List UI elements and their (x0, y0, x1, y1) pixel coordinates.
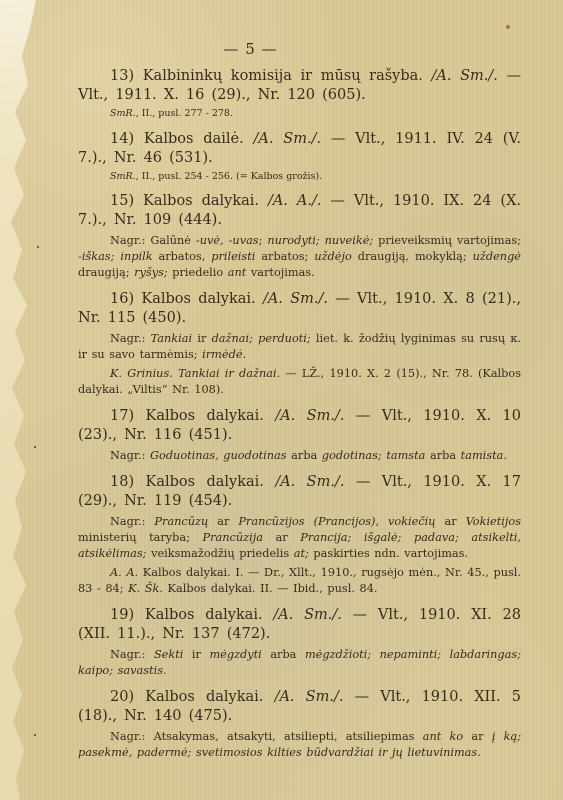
entry-heading-15: 15) Kalbos dalykai. /A. A./. — Vlt., 191… (78, 192, 521, 230)
text-segment: 19) Kalbos dalykai. (110, 607, 273, 623)
text-segment: irmėdė. (202, 348, 246, 361)
text-segment: 20) Kalbos dalykai. (110, 689, 275, 705)
entry-heading-17: 17) Kalbos dalykai. /A. Sm./. — Vlt., 19… (78, 407, 521, 445)
text-segment: /A. A./. (268, 193, 322, 209)
entry-heading-20: 20) Kalbos dalykai. /A. Sm./. — Vlt., 19… (78, 688, 521, 726)
entry-heading-14: 14) Kalbos dailė. /A. Sm./. — Vlt., 1911… (78, 130, 521, 168)
text-segment: 13) Kalbininkų komisija ir mūsų rašyba. (110, 68, 432, 84)
entry-heading-13: 13) Kalbininkų komisija ir mūsų rašyba. … (78, 67, 521, 105)
text-segment: /A. Sm./. (432, 68, 498, 84)
text-segment: ryšys; (134, 266, 168, 279)
text-segment: ar (208, 515, 238, 528)
text-segment: /A. Sm./. (254, 131, 322, 147)
text-segment: ar (463, 730, 492, 743)
page-number: — 5 — (29, 40, 472, 58)
entry-note-footnote: SmR., II., pusl. 277 - 278. (78, 108, 521, 121)
entry-note-nagr: Nagr.: Goduotinas, guodotinas arba godot… (78, 448, 521, 464)
entry-heading-19: 19) Kalbos dalykai. /A. Sm./. — Vlt., 19… (78, 606, 521, 644)
text-segment: Vokietijos (466, 515, 521, 528)
text-segment: K. Grinius. Tankiai ir dažnai. (110, 367, 280, 380)
text-segment: godotinas; tamsta (322, 449, 425, 462)
text-segment: 17) Kalbos dalykai. (110, 408, 275, 424)
text-segment: ar (436, 515, 466, 528)
entry-note-nagr: Nagr.: Tankiai ir dažnai; perduoti; liet… (78, 331, 521, 363)
text-segment: Nagr.: (110, 515, 154, 528)
text-segment: at; (294, 547, 309, 560)
text-segment: uždengė (473, 250, 521, 263)
text-segment: Nagr.: Atsakymas, atsakyti, atsiliepti, … (110, 730, 423, 743)
text-segment: -uvė, -uvas (196, 234, 259, 247)
text-segment: 18) Kalbos dalykai. (110, 474, 275, 490)
text-segment: paskirties ndn. vartojimas. (309, 547, 468, 560)
entry-note-nagr: Nagr.: Sekti ir mėgzdyti arba mėgzdžioti… (78, 647, 521, 679)
text-segment: Prancūzijos (Prancijos), vokiečių (238, 515, 435, 528)
text-segment: vartojimas. (246, 266, 314, 279)
text-segment: uždėjo (314, 250, 351, 263)
text-segment: /A. Sm./. (273, 607, 342, 623)
text-segment: arbatos; (255, 250, 314, 263)
text-segment: -iškas; inpilk (78, 250, 153, 263)
paper-surface: — 5 — 13) Kalbininkų komisija ir mūsų ra… (0, 0, 563, 800)
text-segment: 15) Kalbos dalykai. (110, 193, 268, 209)
text-segment: draugiją; (78, 266, 134, 279)
text-segment: A. A. (110, 566, 138, 579)
text-segment: /A. Sm./. (275, 408, 344, 424)
entry-note-reference: K. Grinius. Tankiai ir dažnai. — LŽ., 19… (78, 366, 521, 398)
text-segment: mėgzdyti (209, 648, 261, 661)
text-segment: dažnai; perduoti; (212, 332, 311, 345)
scanned-book-page: — 5 — 13) Kalbininkų komisija ir mūsų ra… (0, 0, 563, 800)
entry-note-nagr: Nagr.: Prancūzų ar Prancūzijos (Prancijo… (78, 514, 521, 562)
entry-note-reference: A. A. Kalbos dalykai. I. — Dr., Xllt., 1… (78, 565, 521, 597)
text-segment: 14) Kalbos dailė. (110, 131, 254, 147)
text-segment: ant ko (423, 730, 463, 743)
text-segment: Kalbos dalykai. II. — Ibid., pusl. 84. (163, 582, 378, 595)
text-segment: nurodyti; nuveikė; (267, 234, 373, 247)
paper-speck (506, 25, 510, 29)
text-segment: ministerių taryba; (78, 531, 203, 544)
text-segment: arbatos, (153, 250, 212, 263)
text-segment: prileisti (211, 250, 255, 263)
paper-speck (34, 446, 36, 448)
entry-heading-16: 16) Kalbos dalykai. /A. Sm./. — Vlt., 19… (78, 290, 521, 328)
text-segment: /A. Sm./. (275, 474, 344, 490)
text-segment: K. Šk. (128, 582, 163, 595)
entry-note-nagr: Nagr.: Atsakymas, atsakyti, atsiliepti, … (78, 729, 521, 761)
text-segment: Goduotinas, guodotinas (150, 449, 287, 462)
paper-speck (37, 246, 39, 248)
page-content: — 5 — 13) Kalbininkų komisija ir mūsų ra… (0, 0, 563, 761)
text-segment: draugiją, mokyklą; (352, 250, 473, 263)
text-segment: ir (183, 648, 209, 661)
text-segment: prieveiksmių vartojimas; (373, 234, 521, 247)
entry-note-nagr: Nagr.: Galūnė -uvė, -uvas; nurodyti; nuv… (78, 233, 521, 281)
text-segment: Tankiai (151, 332, 192, 345)
text-segment: ant (228, 266, 247, 279)
text-segment: Nagr.: (110, 648, 154, 661)
text-segment: II., pusl. 277 - 278. (139, 108, 233, 119)
text-segment: Nagr.: (110, 332, 151, 345)
entry-note-footnote: SmR., II., pusl. 254 - 256. (= Kalbos gr… (78, 171, 521, 184)
text-segment: Sekti (154, 648, 183, 661)
text-segment: ir (192, 332, 211, 345)
text-segment: II., pusl. 254 - 256. (= Kalbos grožis). (139, 171, 322, 182)
text-segment: tamista. (461, 449, 507, 462)
bibliography-entries: 13) Kalbininkų komisija ir mūsų rašyba. … (78, 67, 521, 761)
text-segment: arba (287, 449, 322, 462)
text-segment: SmR., (110, 108, 139, 119)
text-segment: veiksmažodžių priedelis (147, 547, 294, 560)
text-segment: /A. Sm./. (275, 689, 344, 705)
text-segment: ar (263, 531, 300, 544)
entry-heading-18: 18) Kalbos dalykai. /A. Sm./. — Vlt., 19… (78, 473, 521, 511)
text-segment: arba (425, 449, 460, 462)
text-segment: Prancūzų (154, 515, 208, 528)
paper-speck (34, 734, 36, 736)
text-segment: arba (262, 648, 305, 661)
text-segment: 16) Kalbos dalykai. (110, 291, 263, 307)
text-segment: Prancūzija (203, 531, 263, 544)
text-segment: Nagr.: Galūnė (110, 234, 196, 247)
text-segment: priedelio (168, 266, 228, 279)
text-segment: /A. Sm./. (263, 291, 328, 307)
text-segment: SmR., (110, 171, 139, 182)
text-segment: Nagr.: (110, 449, 150, 462)
